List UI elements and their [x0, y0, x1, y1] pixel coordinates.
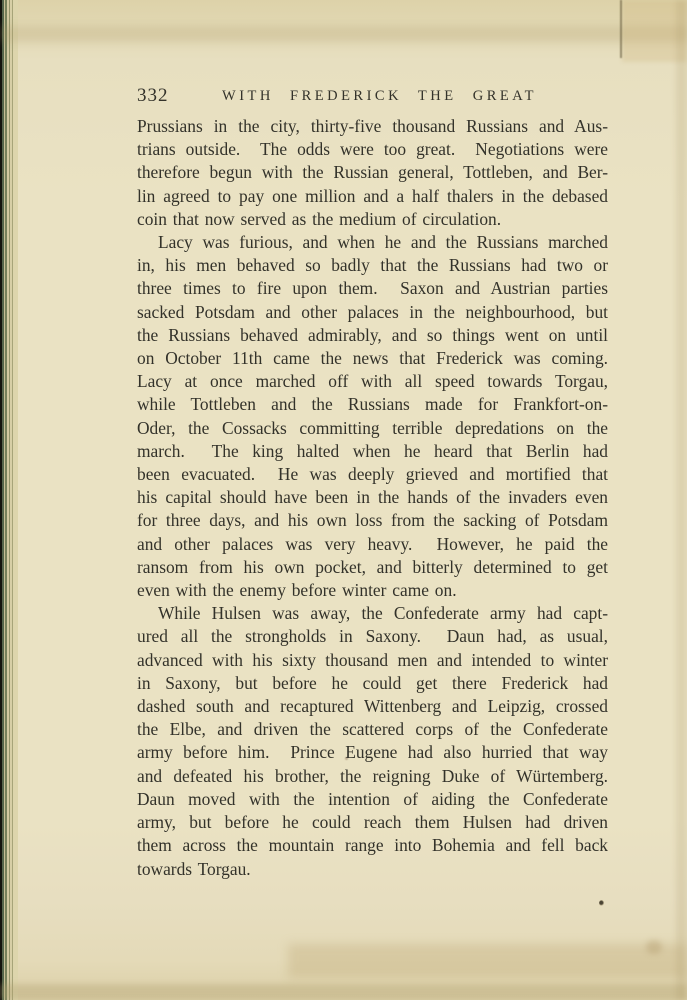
paragraph: Prussians in the city, thirty-five thous…: [137, 115, 608, 231]
text-line: army, but before he could reach them Hul…: [137, 811, 608, 834]
text-line: ransom from his own pocket, and bitterly…: [137, 556, 608, 579]
book-binding-edge: [0, 0, 18, 1000]
text-line: towards Torgau.: [137, 858, 608, 881]
running-header: WITH FREDERICK THE GREAT: [137, 88, 622, 105]
page-header: 332 WITH FREDERICK THE GREAT: [137, 85, 608, 107]
text-line: the Elbe, and driven the scattered corps…: [137, 718, 608, 741]
text-line: for three days, and his own loss from th…: [137, 509, 608, 532]
text-line: while Tottleben and the Russians made fo…: [137, 393, 608, 416]
page-right-edge-shade: [676, 0, 687, 1000]
text-line: ured all the strongholds in Saxony. Daun…: [137, 625, 608, 648]
paper-speck: [599, 900, 604, 906]
paragraph: While Hulsen was away, the Confederate a…: [137, 602, 608, 880]
text-line: his capital should have been in the hand…: [137, 486, 608, 509]
text-line: Lacy at once marched off with all speed …: [137, 370, 608, 393]
text-line: even with the enemy before winter came o…: [137, 579, 608, 602]
paragraph: Lacy was furious, and when he and the Ru…: [137, 231, 608, 602]
text-line: Daun moved with the intention of aiding …: [137, 788, 608, 811]
text-line: army before him. Prince Eugene had also …: [137, 741, 608, 764]
text-line: the Russians behaved admirably, and so t…: [137, 324, 608, 347]
text-line: sacked Potsdam and other palaces in the …: [137, 301, 608, 324]
page-edge-line: [620, 0, 622, 58]
text-line: coin that now served as the medium of ci…: [137, 208, 608, 231]
text-line: and defeated his brother, the reigning D…: [137, 765, 608, 788]
text-line: Lacy was furious, and when he and the Ru…: [137, 231, 608, 254]
scan-shadow-band-bottom: [288, 944, 687, 978]
paper-blotch: [646, 940, 662, 954]
text-line: Prussians in the city, thirty-five thous…: [137, 115, 608, 138]
scan-shadow-band-top: [0, 26, 687, 42]
text-line: been evacuated. He was deeply grieved an…: [137, 463, 608, 486]
text-line: on October 11th came the news that Frede…: [137, 347, 608, 370]
text-line: and other palaces was very heavy. Howeve…: [137, 533, 608, 556]
text-line: march. The king halted when he heard tha…: [137, 440, 608, 463]
text-line: three times to fire upon them. Saxon and…: [137, 277, 608, 300]
text-line: While Hulsen was away, the Confederate a…: [137, 602, 608, 625]
scan-tint-top-right: [622, 0, 687, 62]
text-line: dashed south and recaptured Wittenberg a…: [137, 695, 608, 718]
book-page-scan: 332 WITH FREDERICK THE GREAT Prussians i…: [0, 0, 687, 1000]
text-line: lin agreed to pay one million and a half…: [137, 185, 608, 208]
page-text: Prussians in the city, thirty-five thous…: [137, 115, 608, 881]
text-line: advanced with his sixty thousand men and…: [137, 649, 608, 672]
text-line: them across the mountain range into Bohe…: [137, 834, 608, 857]
text-line: in Saxony, but before he could get there…: [137, 672, 608, 695]
page-bottom-edge-shade: [0, 984, 687, 1000]
text-line: trians outside. The odds were too great.…: [137, 138, 608, 161]
text-line: therefore begun with the Russian general…: [137, 161, 608, 184]
text-line: Oder, the Cossacks committing terrible d…: [137, 417, 608, 440]
text-line: in, his men behaved so badly that the Ru…: [137, 254, 608, 277]
